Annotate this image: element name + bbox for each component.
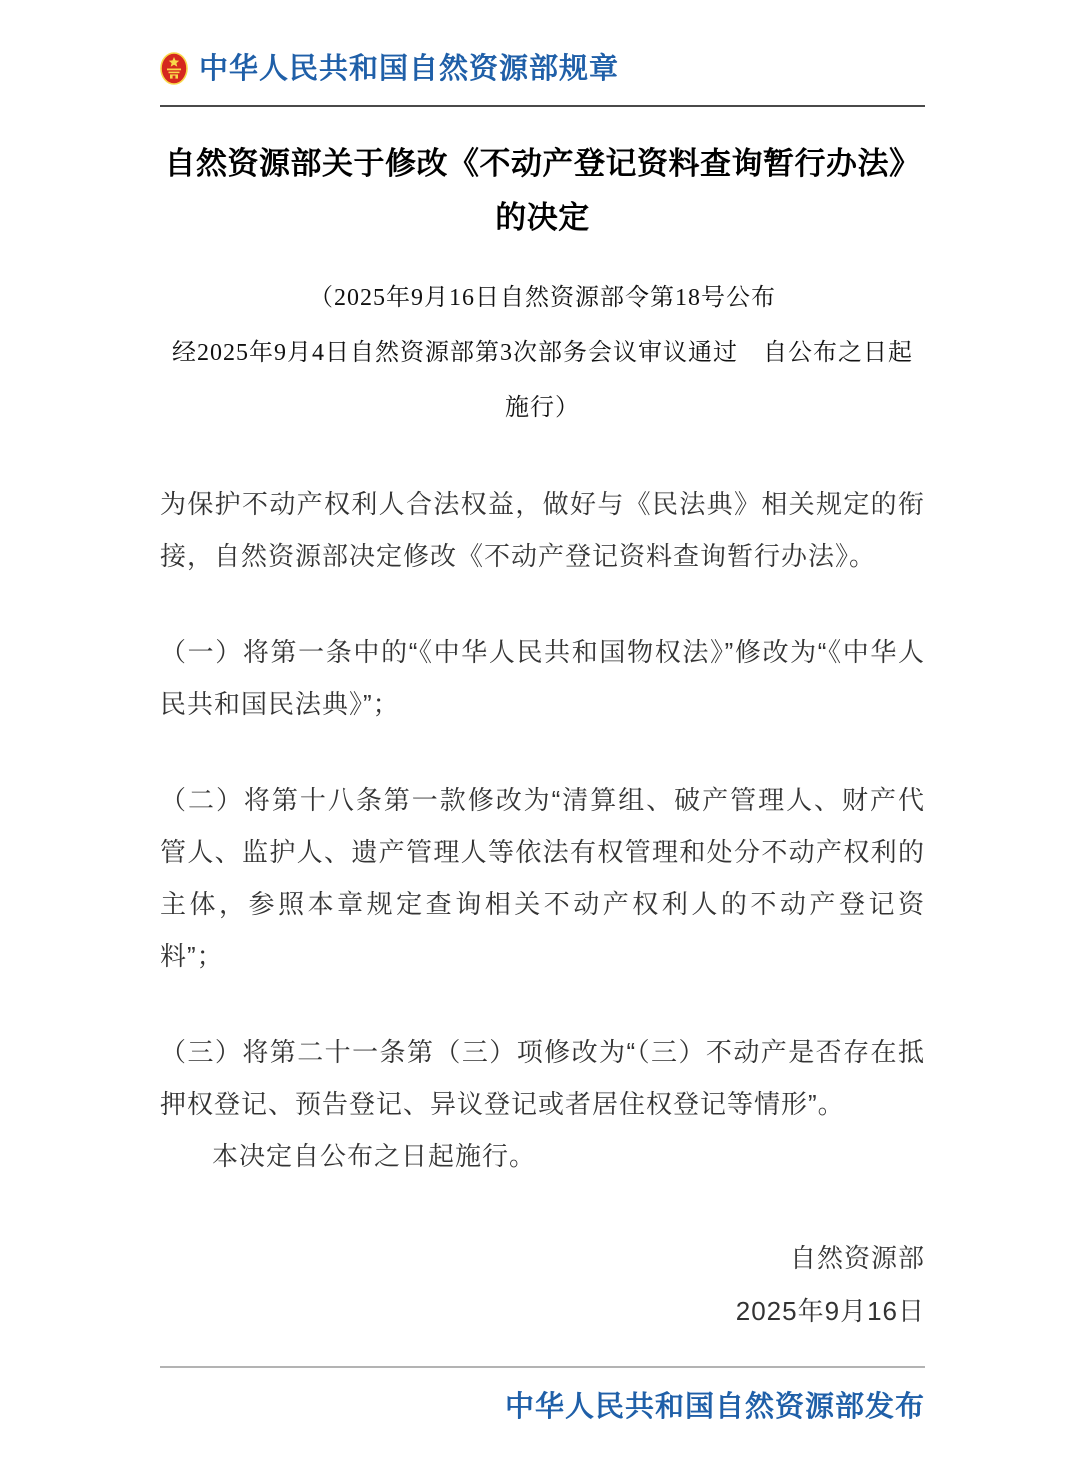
doc-header: 中华人民共和国自然资源部规章 — [160, 52, 925, 87]
promulgation-line1: （2025年9月16日自然资源部令第18号公布 — [160, 271, 925, 326]
body-paragraph-effective: 本决定自公布之日起施行。 — [160, 1130, 925, 1182]
body-paragraph-item-3: （三）将第二十一条第（三）项修改为“（三）不动产是否存在抵押权登记、预告登记、异… — [160, 1026, 925, 1130]
footer-divider — [160, 1366, 925, 1368]
signature-issuer: 自然资源部 — [160, 1232, 925, 1285]
header-divider — [160, 105, 925, 107]
doc-title: 自然资源部关于修改《不动产登记资料查询暂行办法》的决定 — [160, 137, 925, 245]
doc-body: 为保护不动产权利人合法权益，做好与《民法典》相关规定的衔接，自然资源部决定修改《… — [160, 478, 925, 1182]
doc-footer: 中华人民共和国自然资源部发布 — [160, 1384, 925, 1425]
promulgation-note: （2025年9月16日自然资源部令第18号公布 经2025年9月4日自然资源部第… — [160, 271, 925, 436]
footer-label: 中华人民共和国自然资源部发布 — [505, 1391, 925, 1423]
promulgation-line2: 经2025年9月4日自然资源部第3次部务会议审议通过 自公布之日起施行） — [160, 326, 925, 436]
body-paragraph-intro: 为保护不动产权利人合法权益，做好与《民法典》相关规定的衔接，自然资源部决定修改《… — [160, 478, 925, 582]
china-national-emblem-icon — [160, 52, 188, 86]
header-label: 中华人民共和国自然资源部规章 — [199, 52, 619, 87]
signature-block: 自然资源部 2025年9月16日 — [160, 1232, 925, 1338]
body-paragraph-item-1: （一）将第一条中的“《中华人民共和国物权法》”修改为“《中华人民共和国民法典》”… — [160, 626, 925, 730]
signature-date: 2025年9月16日 — [160, 1285, 925, 1338]
document-page: 中华人民共和国自然资源部规章 自然资源部关于修改《不动产登记资料查询暂行办法》的… — [0, 0, 1080, 1465]
body-paragraph-item-2: （二）将第十八条第一款修改为“清算组、破产管理人、财产代管人、监护人、遗产管理人… — [160, 774, 925, 982]
